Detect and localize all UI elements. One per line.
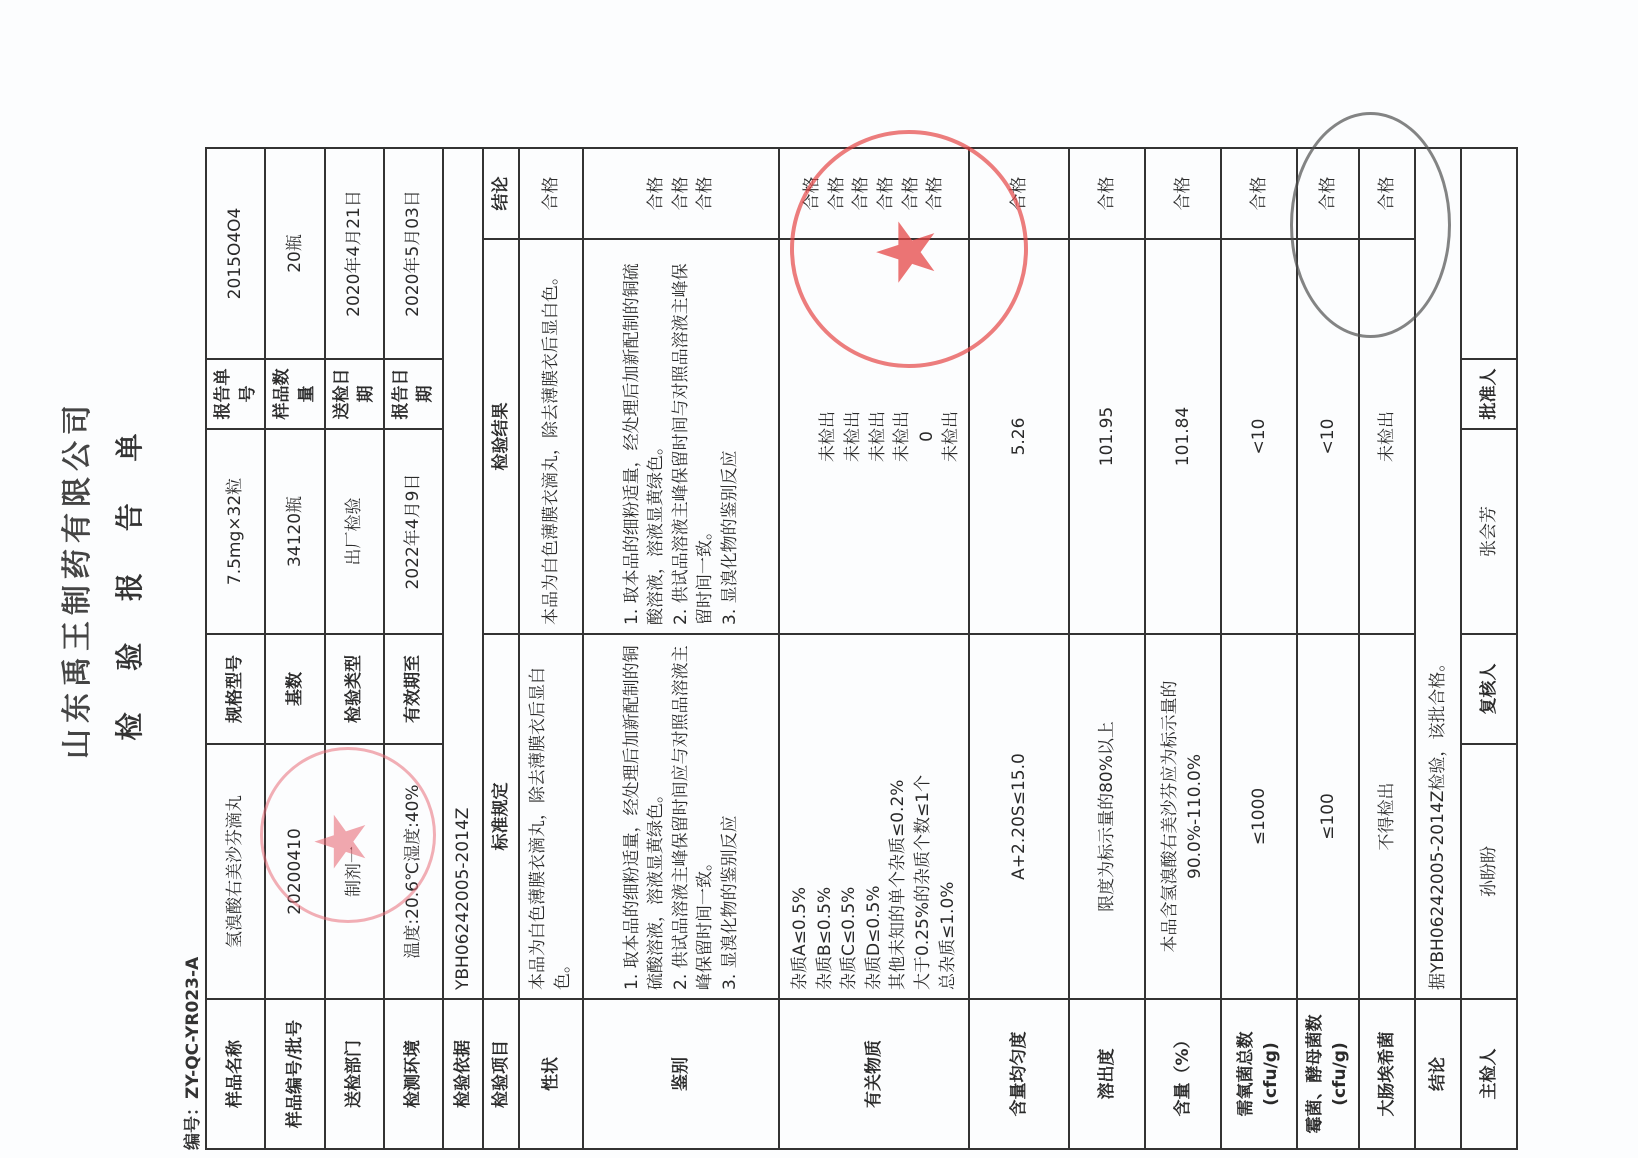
item-cell: 有关物质	[779, 999, 969, 1149]
standard-cell: 本品含氢溴酸右美沙芬应为标示量的90.0%-110.0%	[1145, 634, 1221, 999]
sample-name: 氢溴酸右美沙芬滴丸	[206, 744, 265, 999]
standard-cell: 杂质A≤0.5% 杂质B≤0.5% 杂质C≤0.5% 杂质D≤0.5% 其他未知…	[779, 634, 969, 999]
dept-label: 送检部门	[325, 999, 384, 1149]
report-no-value: 2015O4O4	[206, 148, 265, 359]
conclusion-cell: 合格	[519, 148, 583, 239]
code-value: ZY-QC-YR023-A	[183, 957, 203, 1099]
env-value: 温度:20.6℃湿度:40%	[384, 744, 443, 999]
table-row: 性状 本品为白色薄膜衣滴丸，除去薄膜衣后显白色。 本品为白色薄膜衣滴丸，除去薄膜…	[519, 148, 583, 1149]
table-row: 鉴别 1. 取本品的细粉适量，经处理后加新配制的铜硫酸溶液，溶液显黄绿色。 2.…	[583, 148, 779, 1149]
table-row: 含量（%） 本品含氢溴酸右美沙芬应为标示量的90.0%-110.0% 101.8…	[1145, 148, 1221, 1149]
standard-cell: ≤1000	[1221, 634, 1297, 999]
conclusion-cell: 合格	[1359, 148, 1415, 239]
item-cell: 鉴别	[583, 999, 779, 1149]
info-row-1: 样品名称 氢溴酸右美沙芬滴丸 规格型号 7.5mg×32粒 报告单号 2015O…	[206, 148, 265, 1149]
spec-label: 规格型号	[206, 634, 265, 744]
conclusion-cell: 合格	[969, 148, 1069, 239]
inspector-label: 主检人	[1461, 999, 1517, 1149]
info-row-5: 检验依据 YBH06242005-2014Z	[443, 148, 483, 1149]
col-item-header: 检验项目	[483, 999, 519, 1149]
approver-label: 批准人	[1461, 359, 1517, 429]
info-row-2: 样品编号/批号 20200410 基数 34120瓶 样品数量 20瓶	[265, 148, 324, 1149]
info-row-4: 检测环境 温度:20.6℃湿度:40% 有效期至 2022年4月9日 报告日期 …	[384, 148, 443, 1149]
result-cell: 本品为白色薄膜衣滴丸，除去薄膜衣后显白色。	[519, 239, 583, 634]
code-label: 编号：	[183, 1099, 203, 1150]
approver-name	[1461, 148, 1517, 359]
result-cell: <10	[1297, 239, 1359, 634]
qty-label: 样品数量	[265, 359, 324, 429]
standard-cell: 限度为标示量的80%以上	[1069, 634, 1145, 999]
type-value: 出厂检验	[325, 429, 384, 634]
inspection-report-page: 山东禹王制药有限公司 检 验 报 告 单 编号：ZY-QC-YR023-A 样品…	[0, 0, 1638, 1158]
basis-value: YBH06242005-2014Z	[443, 148, 483, 999]
submit-date-label: 送检日期	[325, 359, 384, 429]
standard-cell: 不得检出	[1359, 634, 1415, 999]
result-cell: 5.26	[969, 239, 1069, 634]
col-standard-header: 标准规定	[483, 634, 519, 999]
result-cell: 未检出 未检出 未检出 未检出 0 未检出	[779, 239, 969, 634]
basis-label: 检验依据	[443, 999, 483, 1149]
reviewer-label: 复核人	[1461, 634, 1517, 744]
base-label: 基数	[265, 634, 324, 744]
company-name: 山东禹王制药有限公司	[52, 0, 96, 1158]
conclusion-cell: 合格	[1069, 148, 1145, 239]
conclusion-cell: 合格 合格 合格	[583, 148, 779, 239]
submit-date-value: 2020年4月21日	[325, 148, 384, 359]
conclusion-row: 结论 据YBH06242005-2014Z检验，该批合格。	[1415, 148, 1461, 1149]
report-no-label: 报告单号	[206, 359, 265, 429]
document-code: 编号：ZY-QC-YR023-A	[178, 957, 203, 1150]
item-cell: 需氧菌总数 (cfu/g)	[1221, 999, 1297, 1149]
item-cell: 霉菌、酵母菌数 (cfu/g)	[1297, 999, 1359, 1149]
batch-value: 20200410	[265, 744, 324, 999]
result-cell: 1. 取本品的细粉适量，经处理后加新配制的铜硫酸溶液，溶液显黄绿色。 2. 供试…	[583, 239, 779, 634]
item-cell: 含量（%）	[1145, 999, 1221, 1149]
item-cell: 性状	[519, 999, 583, 1149]
standard-cell: A+2.20S≤15.0	[969, 634, 1069, 999]
expiry-label: 有效期至	[384, 634, 443, 744]
standard-cell: ≤100	[1297, 634, 1359, 999]
spec-value: 7.5mg×32粒	[206, 429, 265, 634]
column-header-row: 检验项目 标准规定 检验结果 结论	[483, 148, 519, 1149]
info-row-3: 送检部门 制剂一 检验类型 出厂检验 送检日期 2020年4月21日	[325, 148, 384, 1149]
type-label: 检验类型	[325, 634, 384, 744]
standard-cell: 1. 取本品的细粉适量，经处理后加新配制的铜硫酸溶液，溶液显黄绿色。 2. 供试…	[583, 634, 779, 999]
expiry-value: 2022年4月9日	[384, 429, 443, 634]
batch-label: 样品编号/批号	[265, 999, 324, 1149]
conclusion-cell: 合格 合格 合格 合格 合格 合格	[779, 148, 969, 239]
env-label: 检测环境	[384, 999, 443, 1149]
signature-row: 主检人 孙盼盼 复核人 张会芳 批准人	[1461, 148, 1517, 1149]
item-cell: 大肠埃希菌	[1359, 999, 1415, 1149]
conclusion-text: 据YBH06242005-2014Z检验，该批合格。	[1415, 148, 1461, 999]
standard-cell: 本品为白色薄膜衣滴丸，除去薄膜衣后显白色。	[519, 634, 583, 999]
item-cell: 含量均匀度	[969, 999, 1069, 1149]
report-date-value: 2020年5月03日	[384, 148, 443, 359]
item-cell: 溶出度	[1069, 999, 1145, 1149]
conclusion-cell: 合格	[1145, 148, 1221, 239]
base-value: 34120瓶	[265, 429, 324, 634]
table-row: 大肠埃希菌 不得检出 未检出 合格	[1359, 148, 1415, 1149]
document-title: 检 验 报 告 单	[108, 0, 148, 1158]
result-cell: 未检出	[1359, 239, 1415, 634]
qty-value: 20瓶	[265, 148, 324, 359]
inspector-name: 孙盼盼	[1461, 744, 1517, 999]
table-row: 霉菌、酵母菌数 (cfu/g) ≤100 <10 合格	[1297, 148, 1359, 1149]
conclusion-cell: 合格	[1221, 148, 1297, 239]
result-cell: 101.95	[1069, 239, 1145, 634]
conclusion-cell: 合格	[1297, 148, 1359, 239]
sample-name-label: 样品名称	[206, 999, 265, 1149]
report-table: 样品名称 氢溴酸右美沙芬滴丸 规格型号 7.5mg×32粒 报告单号 2015O…	[205, 147, 1518, 1150]
result-cell: <10	[1221, 239, 1297, 634]
result-cell: 101.84	[1145, 239, 1221, 634]
col-conclusion-header: 结论	[483, 148, 519, 239]
reviewer-name: 张会芳	[1461, 429, 1517, 634]
table-row: 含量均匀度 A+2.20S≤15.0 5.26 合格	[969, 148, 1069, 1149]
conclusion-label: 结论	[1415, 999, 1461, 1149]
table-row: 溶出度 限度为标示量的80%以上 101.95 合格	[1069, 148, 1145, 1149]
table-row: 有关物质 杂质A≤0.5% 杂质B≤0.5% 杂质C≤0.5% 杂质D≤0.5%…	[779, 148, 969, 1149]
dept-value: 制剂一	[325, 744, 384, 999]
table-row: 需氧菌总数 (cfu/g) ≤1000 <10 合格	[1221, 148, 1297, 1149]
col-result-header: 检验结果	[483, 239, 519, 634]
report-date-label: 报告日期	[384, 359, 443, 429]
